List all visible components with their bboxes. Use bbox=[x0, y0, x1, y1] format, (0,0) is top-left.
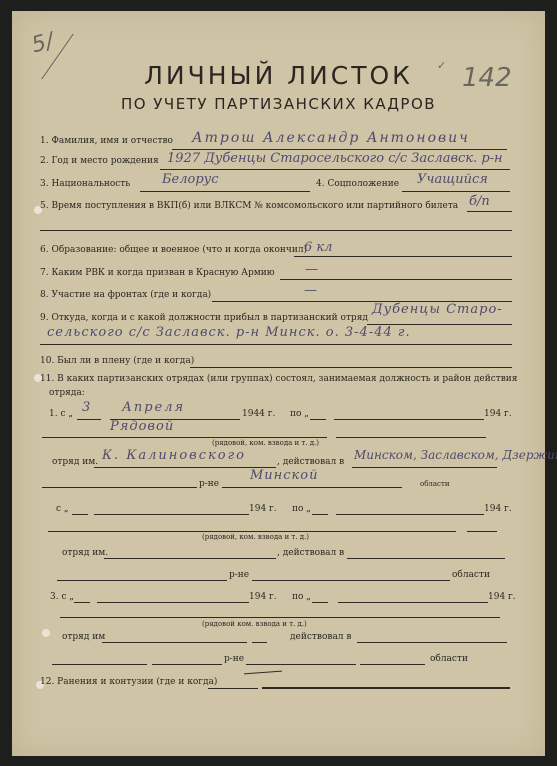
entry-3-to-month-line bbox=[338, 602, 488, 603]
document-title: ЛИЧНЫЙ ЛИСТОК bbox=[12, 61, 545, 90]
entry-1-day: 3 bbox=[82, 400, 90, 415]
entry-2-detachment-line bbox=[104, 558, 276, 559]
field-9-line-2 bbox=[40, 344, 512, 345]
entry-1-region-line bbox=[222, 487, 402, 488]
entry-2-region-label: области bbox=[452, 570, 490, 580]
entry-3-year-to: 194 г. bbox=[488, 592, 516, 602]
entry-2-year-to: 194 г. bbox=[484, 504, 512, 514]
field-4-line bbox=[402, 191, 510, 192]
entry-2-month-line bbox=[94, 514, 249, 515]
field-10-label: 10. Был ли в плену (где и когда) bbox=[40, 356, 194, 366]
field-5-line-2 bbox=[40, 230, 512, 231]
entry-1-position-hint: (рядовой, ком. взвода и т. д.) bbox=[212, 439, 319, 447]
entry-1-year-to: 194 г. bbox=[484, 409, 512, 419]
entry-1-prefix: 1. с „ bbox=[49, 409, 73, 419]
field-3-value: Белорус bbox=[162, 172, 219, 187]
entry-3-acted-line bbox=[357, 642, 507, 643]
entry-2-district-label: р-не bbox=[229, 570, 249, 580]
entry-3-detachment-line bbox=[102, 642, 247, 643]
field-2-line bbox=[160, 169, 510, 170]
field-5-line bbox=[467, 211, 512, 212]
field-4-value: Учащийся bbox=[417, 172, 488, 187]
entry-2-to-day-line bbox=[312, 514, 328, 515]
document-subtitle: ПО УЧЕТУ ПАРТИЗАНСКИХ КАДРОВ bbox=[12, 95, 545, 113]
field-2-value: 1927 Дубенцы Старосельского с/с Заславск… bbox=[167, 151, 503, 166]
archive-mark-left: 5/ bbox=[29, 29, 56, 59]
entry-2-acted-label: , действовал в bbox=[277, 548, 344, 558]
entry-3-district-line bbox=[52, 664, 147, 665]
field-9-label: 9. Откуда, когда и с какой должности при… bbox=[40, 313, 368, 323]
entry-3-to-label: по „ bbox=[292, 592, 311, 602]
field-7-label: 7. Каким РВК и когда призван в Красную А… bbox=[40, 268, 275, 278]
entry-3-region-line bbox=[246, 664, 356, 665]
field-8-value: — bbox=[304, 283, 317, 298]
entry-2-region-line bbox=[252, 580, 450, 581]
entry-1-region-label: области bbox=[420, 480, 450, 488]
entry-3-detachment-line-2 bbox=[252, 642, 267, 643]
field-5-label: 5. Время поступления в ВКП(б) или ВЛКСМ … bbox=[40, 201, 458, 211]
entry-3-district-line-2 bbox=[152, 664, 222, 665]
entry-1-acted-in: Минском, Заславском, Дзержинск. bbox=[354, 448, 557, 462]
field-8-label: 8. Участие на фронтах (где и когда) bbox=[40, 290, 211, 300]
field-2-label: 2. Год и место рождения bbox=[40, 156, 159, 166]
entry-3-month-line bbox=[97, 602, 249, 603]
entry-3-prefix: 3. с „ bbox=[50, 592, 74, 602]
entry-1-position-line-2 bbox=[336, 437, 486, 438]
field-1-label: 1. Фамилия, имя и отчество bbox=[40, 136, 173, 146]
entry-1-position-line bbox=[42, 437, 327, 438]
field-12-line-2 bbox=[262, 687, 510, 689]
entry-3-detachment-label: отряд им bbox=[62, 632, 105, 642]
entry-2-acted-line bbox=[347, 558, 505, 559]
field-11-label-cont: отряда: bbox=[49, 388, 85, 398]
entry-1-region: Минской bbox=[250, 468, 319, 483]
field-6-value: 6 кл bbox=[304, 240, 332, 255]
entry-2-to-month-line bbox=[336, 514, 484, 515]
entry-3-to-day-line bbox=[312, 602, 328, 603]
binder-hole bbox=[42, 629, 50, 637]
pencil-dash bbox=[244, 671, 282, 675]
entry-2-position-line-2 bbox=[467, 531, 497, 532]
entry-2-position-hint: (рядовой, ком. взвода и т. д.) bbox=[202, 533, 309, 541]
entry-3-day-line bbox=[74, 602, 90, 603]
entry-3-year-from: 194 г. bbox=[249, 592, 277, 602]
entry-3-region-line-2 bbox=[360, 664, 425, 665]
entry-2-detachment-label: отряд им. bbox=[62, 548, 108, 558]
field-6-line bbox=[294, 256, 512, 257]
field-9-value-line1: Дубенцы Старо- bbox=[372, 302, 503, 317]
field-1-line bbox=[172, 149, 507, 150]
entry-2-district-line bbox=[57, 580, 227, 581]
entry-3-position-hint: (рядовой ком. взвода и т. д.) bbox=[202, 620, 307, 628]
entry-3-position-line bbox=[60, 617, 500, 618]
entry-3-region-label: области bbox=[430, 654, 468, 664]
field-3-label: 3. Национальность bbox=[40, 179, 130, 189]
entry-1-district-label: р-не bbox=[199, 479, 219, 489]
entry-1-acted-line bbox=[352, 467, 497, 468]
field-1-value: Атрош Александр Антонович bbox=[192, 130, 470, 146]
field-3-line bbox=[140, 191, 310, 192]
field-9-value-line2: сельского с/с Заславск. р-н Минск. о. 3-… bbox=[47, 325, 411, 340]
entry-1-to-day-line bbox=[310, 419, 326, 420]
entry-1-year-from: 1944 г. bbox=[242, 409, 275, 419]
field-5-value: б/п bbox=[469, 194, 490, 209]
entry-1-acted-label: , действовал в bbox=[277, 457, 344, 467]
entry-1-acted-line-2 bbox=[42, 487, 197, 488]
entry-1-month: Апреля bbox=[122, 400, 185, 415]
entry-1-day-line bbox=[77, 419, 101, 420]
field-10-line bbox=[190, 367, 512, 368]
entry-2-year-from: 194 г. bbox=[249, 504, 277, 514]
entry-2-to-label: по „ bbox=[292, 504, 311, 514]
field-12-label: 12. Ранения и контузии (где и когда) bbox=[40, 677, 217, 687]
field-7-line bbox=[280, 279, 512, 280]
entry-1-to-month-line bbox=[334, 419, 484, 420]
field-7-value: — bbox=[305, 262, 318, 277]
field-6-label: 6. Образование: общее и военное (что и к… bbox=[40, 245, 307, 255]
entry-2-prefix: с „ bbox=[56, 504, 69, 514]
personal-record-sheet: 5/ ✓ 142 ЛИЧНЫЙ ЛИСТОК ПО УЧЕТУ ПАРТИЗАН… bbox=[12, 11, 545, 756]
entry-2-position-line bbox=[48, 531, 456, 532]
entry-1-to-label: по „ bbox=[290, 409, 309, 419]
entry-3-acted-label: действовал в bbox=[290, 632, 351, 642]
field-11-label: 11. В каких партизанских отрядах (или гр… bbox=[40, 374, 517, 384]
field-12-line bbox=[208, 688, 258, 689]
entry-1-position: Рядовой bbox=[110, 419, 174, 434]
entry-2-day-line bbox=[72, 514, 88, 515]
entry-1-detachment-line bbox=[94, 467, 276, 468]
entry-1-detachment: К. Калиновского bbox=[102, 448, 246, 463]
field-4-label: 4. Соцположение bbox=[316, 179, 399, 189]
entry-3-district-label: р-не bbox=[224, 654, 244, 664]
entry-1-detachment-label: отряд им. bbox=[52, 457, 98, 467]
